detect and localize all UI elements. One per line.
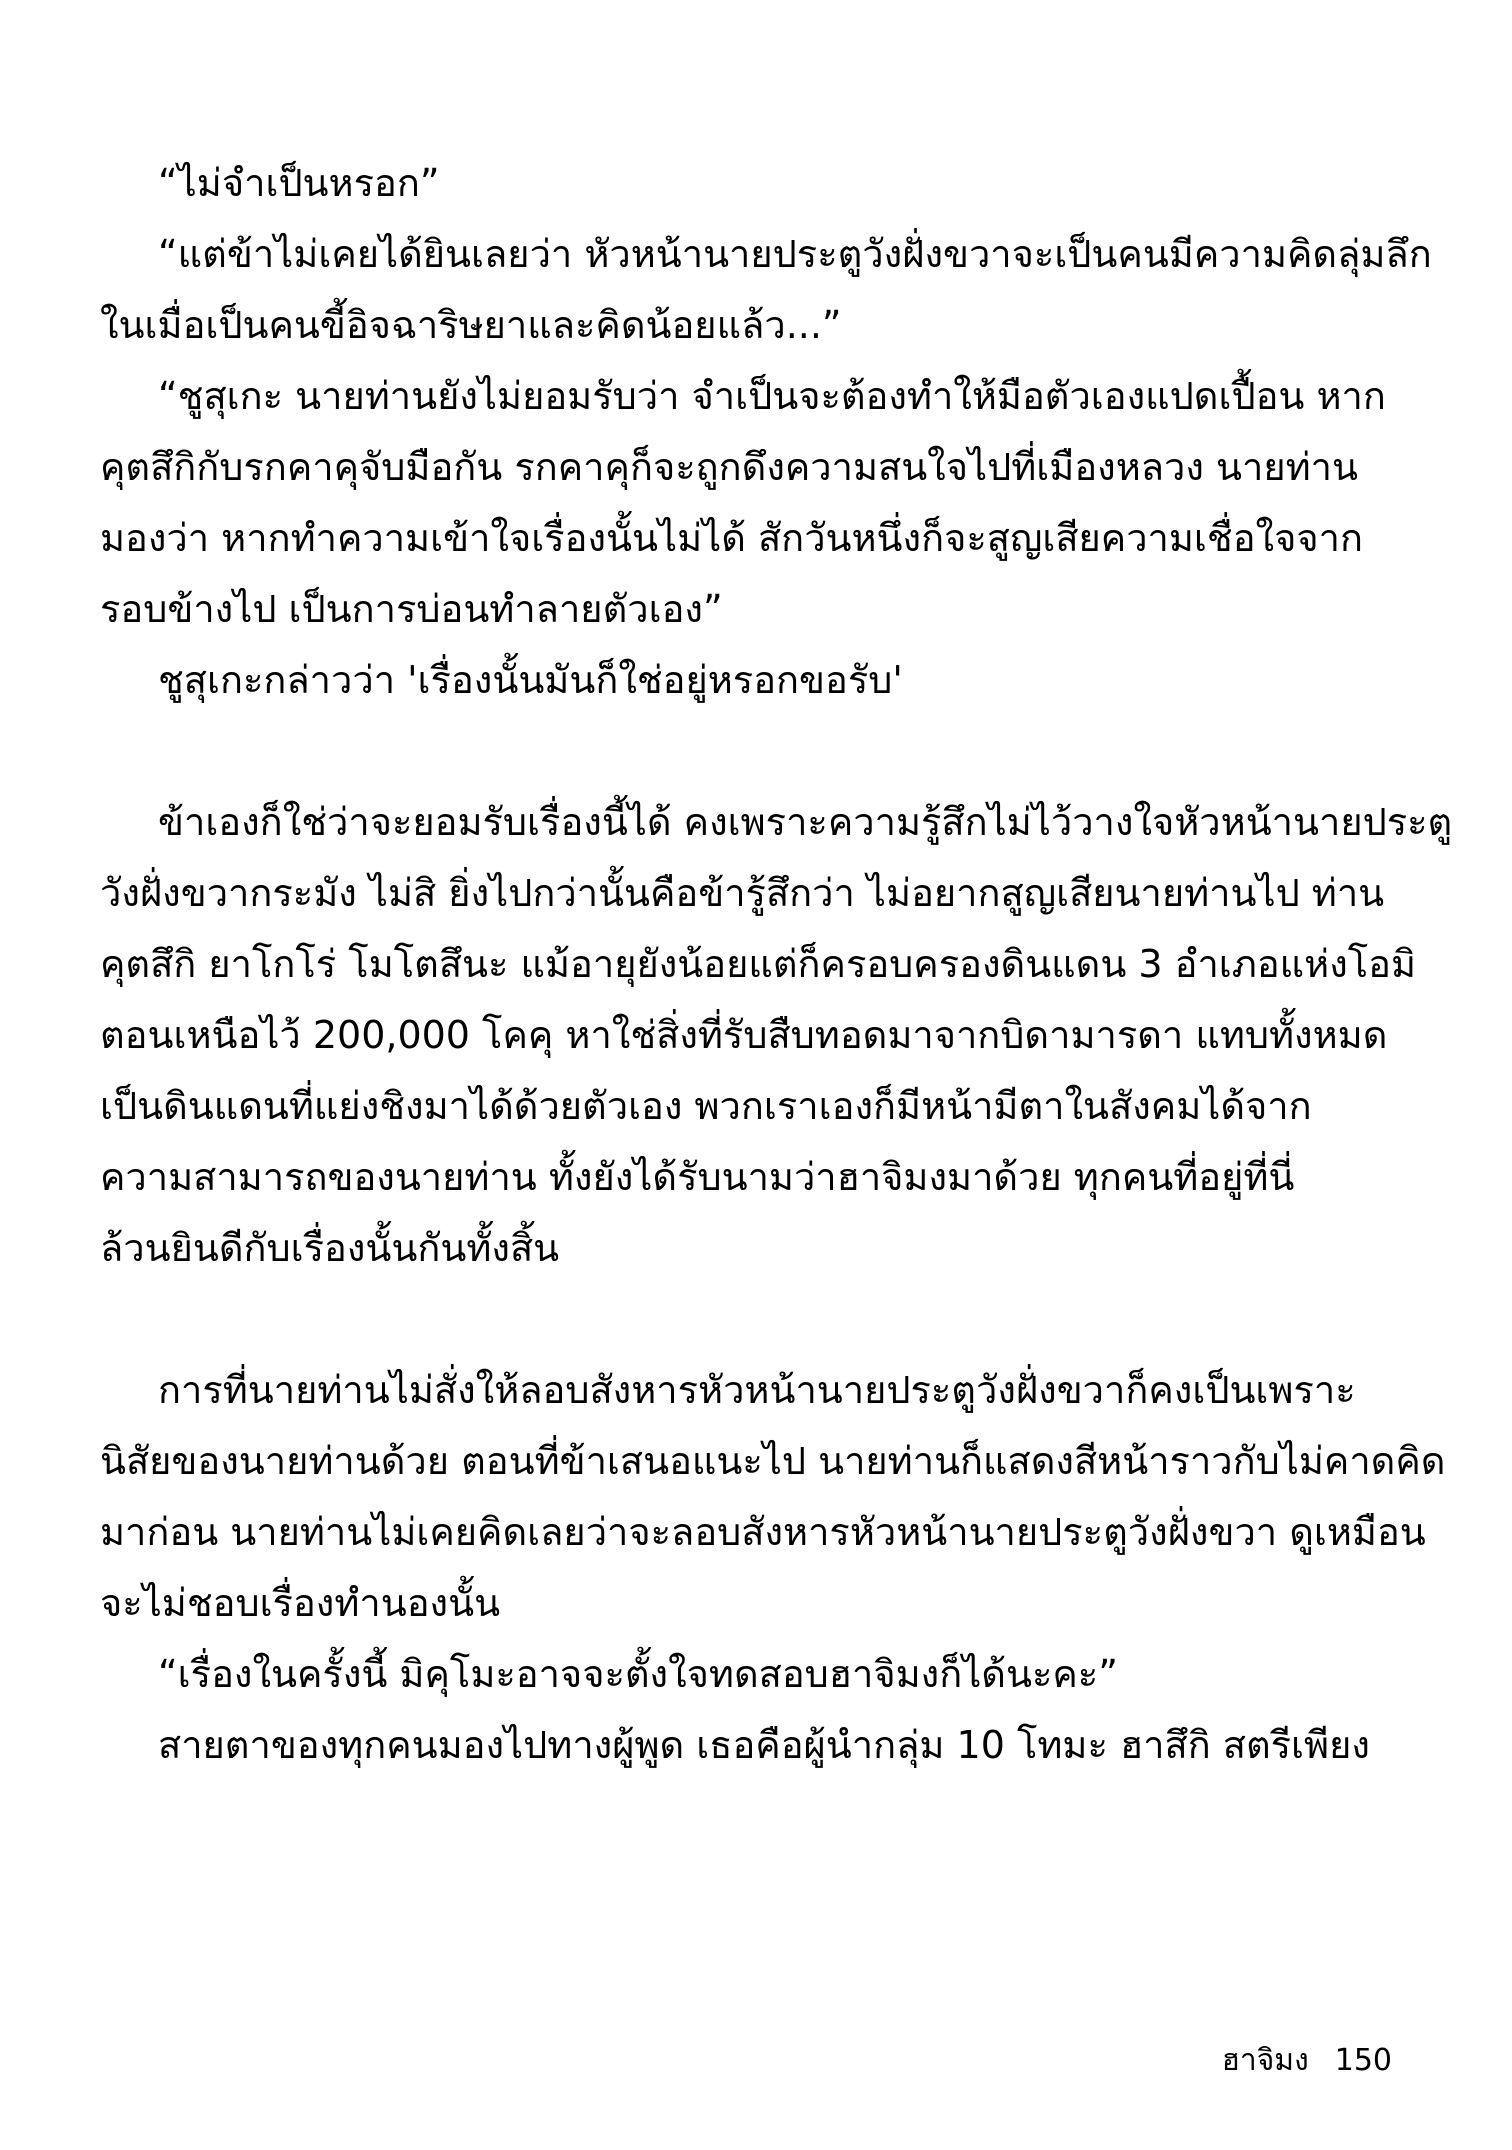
paragraph: ชูสุเกะกล่าวว่า 'เรื่องนั้นมันก็ใช่อยู่ห… [100,645,1430,716]
text-line: “เรื่องในครั้งนี้ มิคุโมะอาจจะตั้งใจทดสอ… [100,1639,1430,1710]
text-line: ตอนเหนือไว้ 200,000 โคคุ หาใช่สิ่งที่รับ… [100,1000,1430,1071]
text-line: มาก่อน นายท่านไม่เคยคิดเลยว่าจะลอบสังหาร… [100,1497,1430,1568]
paragraph: “ไม่จำเป็นหรอก” [100,148,1430,219]
text-line: รอบข้างไป เป็นการบ่อนทำลายตัวเอง” [100,574,1430,645]
text-line: มองว่า หากทำความเข้าใจเรื่องนั้นไม่ได้ ส… [100,503,1430,574]
text-line: “ไม่จำเป็นหรอก” [100,148,1430,219]
paragraph: ข้าเองก็ใช่ว่าจะยอมรับเรื่องนี้ได้ คงเพร… [100,787,1430,1284]
paragraph: การที่นายท่านไม่สั่งให้ลอบสังหารหัวหน้าน… [100,1355,1430,1639]
text-line: คุตสึกิ ยาโกโร่ โมโตสึนะ แม้อายุยังน้อยแ… [100,929,1430,1000]
text-line: เป็นดินแดนที่แย่งชิงมาได้ด้วยตัวเอง พวกเ… [100,1071,1430,1142]
text-line: ล้วนยินดีกับเรื่องนั้นกันทั้งสิ้น [100,1213,1430,1284]
page-text-block: “ไม่จำเป็นหรอก” “แต่ข้าไม่เคยได้ยินเลยว่… [100,148,1430,1781]
footer-book-title: ฮาจิมง [1222,2043,1309,2078]
text-line: ความสามารถของนายท่าน ทั้งยังได้รับนามว่า… [100,1142,1430,1213]
text-line: จะไม่ชอบเรื่องทำนองนั้น [100,1568,1430,1639]
text-line: ชูสุเกะกล่าวว่า 'เรื่องนั้นมันก็ใช่อยู่ห… [100,645,1430,716]
book-page: “ไม่จำเป็นหรอก” “แต่ข้าไม่เคยได้ยินเลยว่… [0,0,1512,2150]
page-number: 150 [1335,2043,1392,2078]
text-line: สายตาของทุกคนมองไปทางผู้พูด เธอคือผู้นำก… [100,1710,1430,1781]
text-line: คุตสึกิกับรกคาคุจับมือกัน รกคาคุก็จะถูกด… [100,432,1430,503]
text-line: ข้าเองก็ใช่ว่าจะยอมรับเรื่องนี้ได้ คงเพร… [100,787,1430,858]
text-line: ในเมื่อเป็นคนขี้อิจฉาริษยาและคิดน้อยแล้ว… [100,290,1430,361]
text-line: นิสัยของนายท่านด้วย ตอนที่ข้าเสนอแนะไป น… [100,1426,1430,1497]
paragraph: “ชูสุเกะ นายท่านยังไม่ยอมรับว่า จำเป็นจะ… [100,361,1430,645]
paragraph: สายตาของทุกคนมองไปทางผู้พูด เธอคือผู้นำก… [100,1710,1430,1781]
text-line: การที่นายท่านไม่สั่งให้ลอบสังหารหัวหน้าน… [100,1355,1430,1426]
paragraph: “เรื่องในครั้งนี้ มิคุโมะอาจจะตั้งใจทดสอ… [100,1639,1430,1710]
paragraph: “แต่ข้าไม่เคยได้ยินเลยว่า หัวหน้านายประต… [100,219,1430,361]
text-line: “แต่ข้าไม่เคยได้ยินเลยว่า หัวหน้านายประต… [100,219,1430,290]
page-footer: ฮาจิมง150 [1222,2044,1392,2078]
text-line: “ชูสุเกะ นายท่านยังไม่ยอมรับว่า จำเป็นจะ… [100,361,1430,432]
text-line: วังฝั่งขวากระมัง ไม่สิ ยิ่งไปกว่านั้นคือ… [100,858,1430,929]
